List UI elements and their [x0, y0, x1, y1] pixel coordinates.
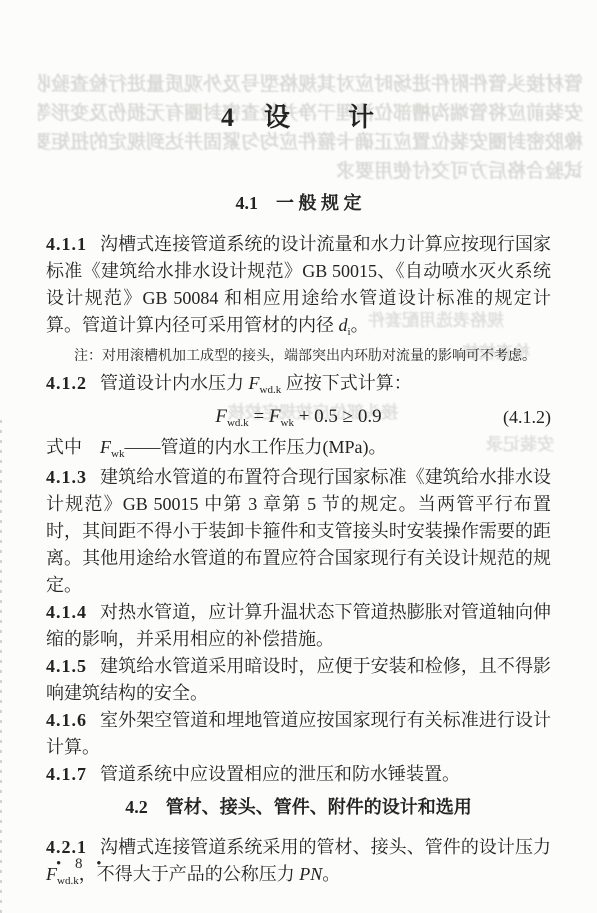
chapter-heading: 4 设 计 [46, 0, 551, 136]
clause-4-1-5: 4.1.5建筑给水管道采用暗设时，应便于安装和检修，且不得影响建筑结构的安全。 [46, 653, 551, 707]
equation-body: Fwd.k = Fwk + 0.5 ≥ 0.9 [215, 406, 381, 427]
page-number: • 8 • [56, 856, 107, 873]
variable-F: F [249, 373, 260, 393]
equation-tail: + 0.5 ≥ 0.9 [294, 406, 382, 427]
clause-text: 。 [322, 864, 340, 884]
clause-number: 4.1.7 [46, 764, 87, 784]
operator: = [249, 406, 269, 427]
clause-number: 4.1.6 [46, 710, 87, 730]
section-4-2-heading: 4.2 管材、接头、管件、附件的设计和选用 [46, 794, 551, 821]
clause-text: 建筑给水管道采用暗设时，应便于安装和检修，且不得影响建筑结构的安全。 [46, 656, 551, 703]
variable-subscript: wk [281, 417, 294, 429]
page-content: 4 设 计 4.1 一 般 规 定 4.1.1沟槽式连接管道系统的设计流量和水力… [46, 0, 551, 891]
variable-F: F [269, 406, 281, 427]
clause-number: 4.1.1 [46, 234, 87, 254]
clause-4-1-7: 4.1.7管道系统中应设置相应的泄压和防水锤装置。 [46, 761, 551, 788]
where-description: ——管道的内水工作压力(MPa)。 [124, 437, 386, 457]
clause-number: 4.1.5 [46, 656, 87, 676]
clause-number: 4.1.4 [46, 602, 87, 622]
clause-text: 。 [351, 315, 369, 335]
clause-text: 室外架空管道和埋地管道应按国家现行有关标准进行设计计算。 [46, 710, 551, 757]
clause-text: 建筑给水管道的布置符合现行国家标准《建筑给水排水设计规范》GB 50015 中第… [46, 467, 551, 595]
clause-4-2-1: 4.2.1沟槽式连接管道系统采用的管材、接头、管件的设计压力 Fwd.k，不得大… [46, 834, 551, 891]
clause-text: 应按下式计算： [281, 373, 412, 393]
document-page: 管材接头管件附件进场时应对其规格型号及外观质量进行检查验收合格后使用 安装前应将… [0, 0, 597, 913]
scan-edge-artifact [0, 420, 2, 913]
variable-subscript: i [348, 326, 351, 338]
clause-number: 4.1.3 [46, 467, 87, 487]
clause-text: 沟槽式连接管道系统采用的管材、接头、管件的设计压力 [100, 837, 551, 857]
variable-PN: PN [299, 864, 322, 884]
clause-text: 对热水管道，应计算升温状态下管道热膨胀对管道轴向伸缩的影响，并采用相应的补偿措施… [46, 602, 551, 649]
clause-text: 沟槽式连接管道系统的设计流量和水力计算应按现行国家标准《建筑给水排水设计规范》G… [46, 234, 551, 335]
variable-subscript: wd.k [260, 384, 282, 396]
variable-subscript: wd.k [227, 417, 249, 429]
equation-where-line: 式中 Fwk——管道的内水工作压力(MPa)。 [46, 434, 551, 464]
section-4-1-heading: 4.1 一 般 规 定 [46, 190, 551, 217]
clause-text: ，不得大于产品的公称压力 [79, 864, 300, 884]
variable-F: F [215, 406, 227, 427]
clause-text: 管道设计内水压力 [100, 373, 249, 393]
variable-F: F [100, 437, 111, 457]
clause-4-1-6: 4.1.6室外架空管道和埋地管道应按国家现行有关标准进行设计计算。 [46, 707, 551, 761]
clause-4-1-1: 4.1.1沟槽式连接管道系统的设计流量和水力计算应按现行国家标准《建筑给水排水设… [46, 231, 551, 342]
clause-4-1-2: 4.1.2管道设计内水压力 Fwd.k 应按下式计算： [46, 370, 551, 400]
variable-subscript: wk [111, 448, 124, 460]
clause-4-1-4: 4.1.4对热水管道，应计算升温状态下管道热膨胀对管道轴向伸缩的影响，并采用相应… [46, 599, 551, 653]
where-prefix: 式中 [46, 437, 100, 457]
variable-d: d [339, 315, 348, 335]
clause-number: 4.1.2 [46, 373, 87, 393]
clause-4-1-1-note: 注：对用滚槽机加工成型的接头，端部突出内环肋对流量的影响可不考虑。 [46, 346, 551, 367]
variable-subscript: wd.k [57, 875, 79, 887]
equation-4-1-2: Fwd.k = Fwk + 0.5 ≥ 0.9 (4.1.2) [46, 403, 551, 431]
equation-number: (4.1.2) [503, 403, 551, 431]
clause-4-1-3: 4.1.3建筑给水管道的布置符合现行国家标准《建筑给水排水设计规范》GB 500… [46, 464, 551, 599]
clause-number: 4.2.1 [46, 837, 87, 857]
clause-text: 管道系统中应设置相应的泄压和防水锤装置。 [100, 764, 460, 784]
